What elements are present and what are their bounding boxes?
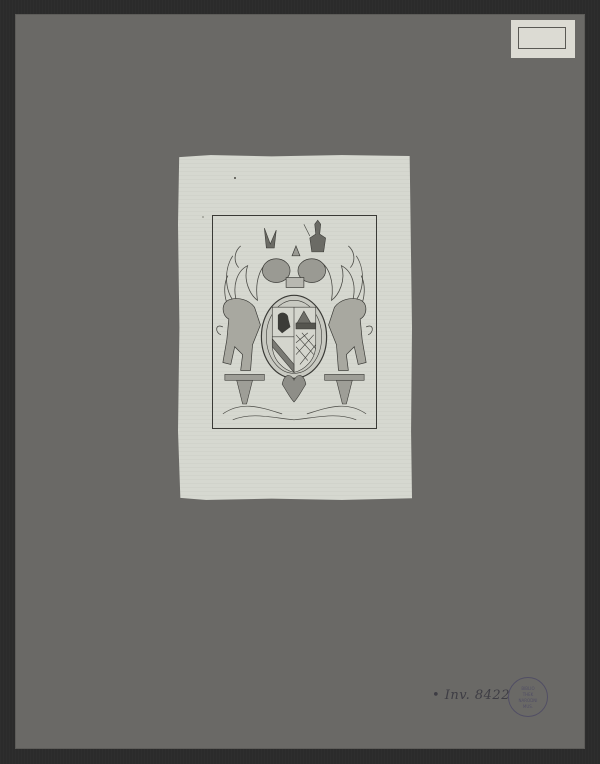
stamp-line: MUS.: [523, 704, 533, 709]
foxing-spot: [202, 216, 204, 218]
bookplate: [178, 155, 412, 500]
stamp-line: BIBLIO: [521, 686, 534, 691]
library-stamp-icon: BIBLIO THEK NARODNI MUS.: [508, 677, 548, 717]
coat-of-arms-icon: [213, 216, 376, 428]
inventory-number: • Inv. 8422: [432, 688, 510, 703]
stamp-line: THEK: [523, 692, 534, 697]
label-field: [518, 27, 566, 49]
label-box: [511, 20, 575, 58]
foxing-spot: [234, 177, 236, 179]
stamp-line: NARODNI: [519, 698, 538, 703]
engraving-frame: [212, 215, 377, 429]
